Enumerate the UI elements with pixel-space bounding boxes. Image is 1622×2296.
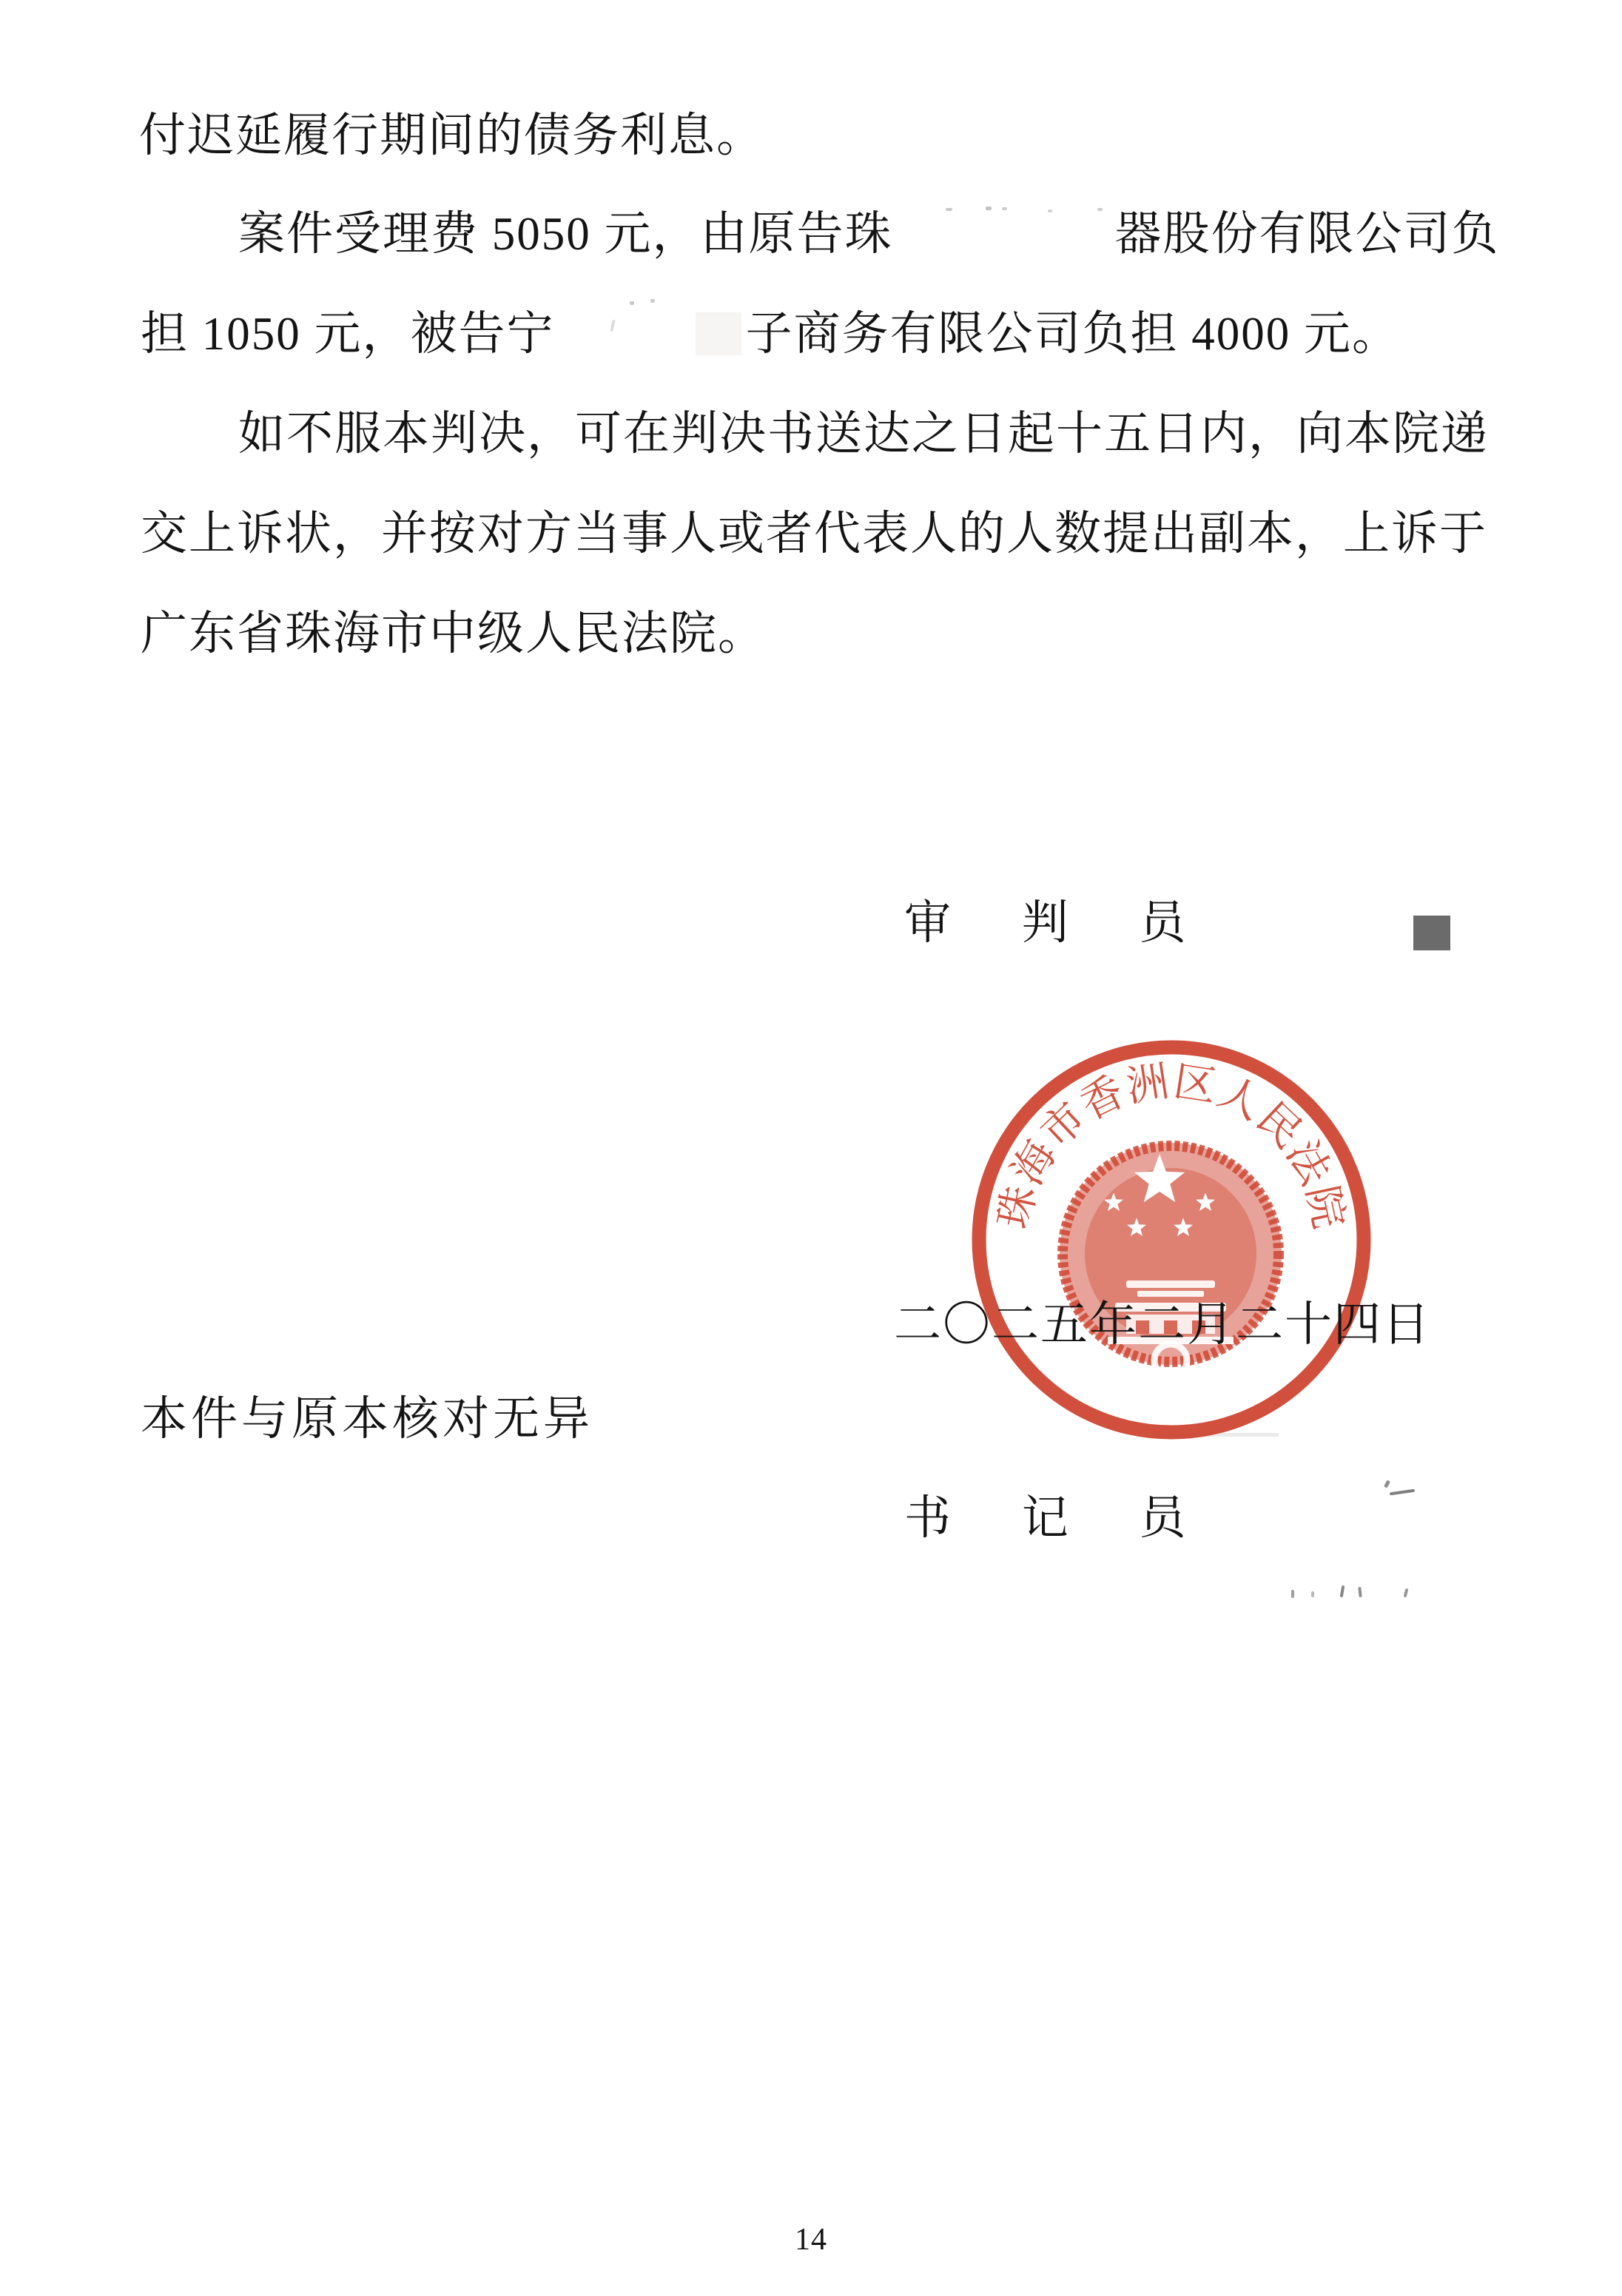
court-seal: 珠海市香洲区人民法院 [962,1027,1384,1449]
clerk-label: 书 记 员 [904,1495,1188,1542]
smudge-mark [1048,209,1052,212]
judgment-text-line-5: 交上诉状，并按对方当事人或者代表人的人数提出副本，上诉于 [141,511,1487,557]
pen-mark [1390,1489,1415,1496]
pen-mark [1358,1587,1362,1597]
pen-mark [1340,1585,1345,1597]
judgment-text-line-4: 如不服本判决，可在判决书送达之日起十五日内，向本院递 [238,411,1489,457]
svg-text:珠: 珠 [991,1181,1045,1232]
svg-text:洲: 洲 [1123,1058,1172,1111]
line2-text-after-redaction: 器股份有限公司负 [1115,208,1500,260]
pen-mark [1404,1588,1409,1598]
smudge-mark [1097,208,1103,211]
pen-mark [1311,1591,1314,1597]
pen-mark [1384,1480,1390,1488]
pen-mark [1291,1590,1294,1598]
judgment-date: 二〇二五年二月二十四日 [894,1301,1431,1349]
smudge-mark [630,301,634,305]
scanned-judgment-page: { "body": { "line1": "付迟延履行期间的债务利息。", "l… [0,0,1622,2296]
smudge-mark [986,207,992,210]
verification-note: 本件与原本核对无异 [141,1396,593,1443]
redaction-square [1413,916,1450,950]
svg-text:院: 院 [1298,1181,1352,1232]
judgment-text-line-3: 担 1050 元，被告宁子商务有限公司负担 4000 元。 [141,311,1400,358]
smudge-mark [1002,207,1007,210]
line2-text-before-redaction: 案件受理费 5050 元，由原告珠 [238,208,893,260]
smudge-mark [946,208,952,211]
page-number: 14 [0,2222,1622,2258]
judgment-text-line-2: 案件受理费 5050 元，由原告珠器股份有限公司负 [238,211,1500,258]
judgment-text-line-1: 付迟延履行期间的债务利息。 [139,113,764,159]
smudge-mark [650,299,655,303]
judge-label: 审 判 员 [904,900,1188,947]
redaction-ghost-block [696,312,741,355]
line3-text-before-redaction: 担 1050 元，被告宁 [141,308,555,360]
svg-text:区: 区 [1171,1058,1219,1111]
judgment-text-line-6: 广东省珠海市中级人民法院。 [141,611,766,657]
line3-text-after-redaction: 子商务有限公司负担 4000 元。 [746,308,1401,360]
